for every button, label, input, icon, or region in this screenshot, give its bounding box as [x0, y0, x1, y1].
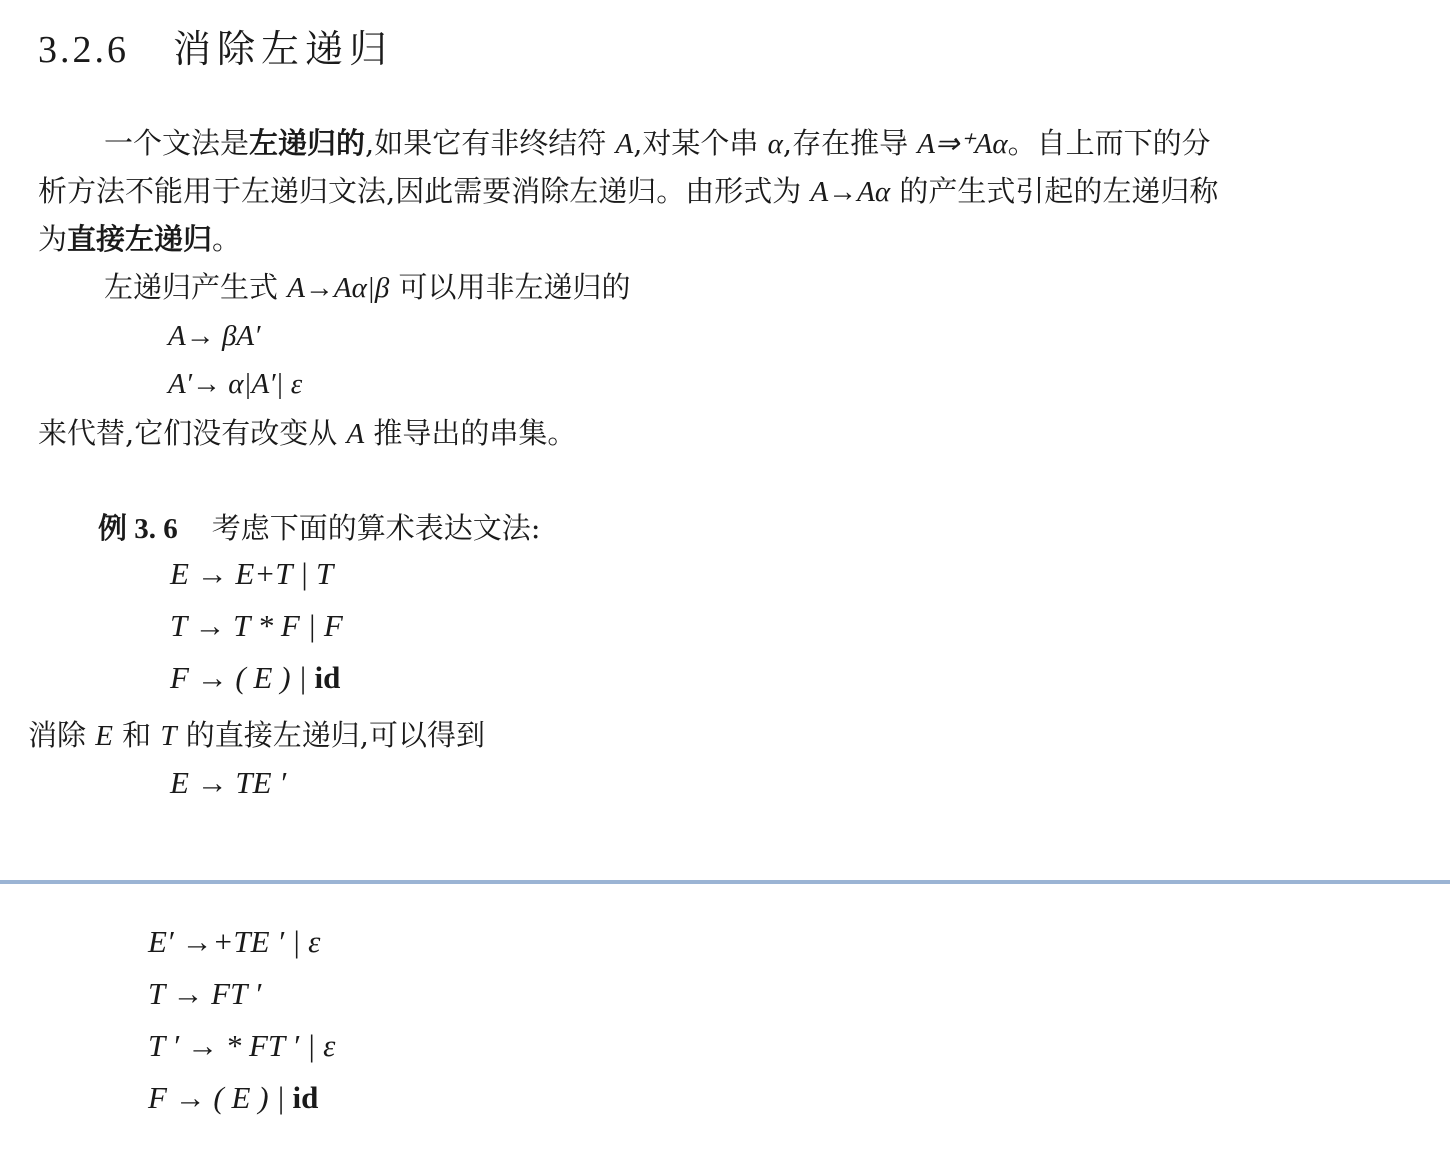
grammar-rule-T: T → T * F | F	[170, 608, 343, 644]
math-production: A→Aα	[810, 176, 890, 208]
example-conclusion: 消除 E 和 T 的直接左递归,可以得到	[28, 711, 485, 760]
page-divider	[0, 880, 1450, 884]
math-symbol: A	[346, 418, 364, 450]
id-token: id	[293, 1080, 319, 1115]
text: 的直接左递归,可以得到	[177, 718, 485, 752]
result-rule-T-prime: T ′ → * FT ′ | ε	[148, 1028, 335, 1064]
section-heading: 3.2.6消除左递归	[38, 18, 393, 73]
text: 。	[212, 222, 241, 256]
result-rule-E-prime: E′ →+TE ′ | ε	[148, 924, 320, 960]
text: ,存在推导	[783, 126, 917, 160]
text: 析方法不能用于左递归文法,因此需要消除左递归。由形式为	[38, 174, 810, 208]
text: ,对某个串	[633, 126, 767, 160]
text: 为	[38, 222, 67, 256]
math-symbol: A	[615, 128, 633, 160]
math-production: A→Aα|β	[287, 272, 389, 304]
paragraph1-line2: 析方法不能用于左递归文法,因此需要消除左递归。由形式为 A→Aα 的产生式引起的…	[38, 167, 1218, 216]
text: 可以用非左递归的	[389, 270, 630, 304]
math-symbol: E	[95, 720, 113, 752]
paragraph2-outro: 来代替,它们没有改变从 A 推导出的串集。	[38, 409, 576, 458]
text: 一个文法是	[104, 126, 249, 160]
bold-term-left-recursive: 左递归的	[249, 126, 365, 160]
text: 左递归产生式	[104, 270, 287, 304]
example-heading: 例 3. 6考虑下面的算术表达文法:	[98, 504, 541, 553]
grammar-rule-E: E → E+T | T	[170, 556, 333, 592]
paragraph1-line1: 一个文法是左递归的,如果它有非终结符 A,对某个串 α,存在推导 A⇒⁺Aα。自…	[104, 119, 1211, 168]
text: 来代替,它们没有改变从	[38, 416, 346, 450]
math-symbol: T	[160, 720, 176, 752]
replacement-rule-2: A′→ α|A′| ε	[168, 360, 302, 408]
result-rule-T: T → FT ′	[148, 976, 261, 1012]
result-rule-E: E → TE ′	[170, 765, 286, 801]
text: 推导出的串集。	[364, 416, 576, 450]
grammar-rule-F: F → ( E ) | id	[170, 660, 340, 696]
paragraph2-intro: 左递归产生式 A→Aα|β 可以用非左递归的	[104, 263, 631, 312]
example-text: 考虑下面的算术表达文法:	[212, 511, 541, 545]
id-token: id	[315, 660, 341, 695]
section-title: 消除左递归	[173, 27, 393, 71]
math-derivation: A⇒⁺Aα	[917, 128, 1007, 160]
bold-term-direct-left-recursion: 直接左递归	[67, 222, 212, 256]
text: 和	[113, 718, 160, 752]
replacement-rule-1: A→ βA′	[168, 312, 260, 360]
text: 。自上而下的分	[1008, 126, 1211, 160]
paragraph1-line3: 为直接左递归。	[38, 215, 241, 263]
text: 消除	[28, 718, 95, 752]
text: F → ( E ) |	[148, 1080, 293, 1115]
section-number: 3.2.6	[38, 29, 129, 71]
result-rule-F: F → ( E ) | id	[148, 1080, 318, 1116]
math-symbol: α	[768, 128, 783, 160]
example-label: 例 3. 6	[98, 513, 178, 545]
text: 的产生式引起的左递归称	[890, 174, 1218, 208]
text: F → ( E ) |	[170, 660, 315, 695]
text: ,如果它有非终结符	[365, 126, 615, 160]
